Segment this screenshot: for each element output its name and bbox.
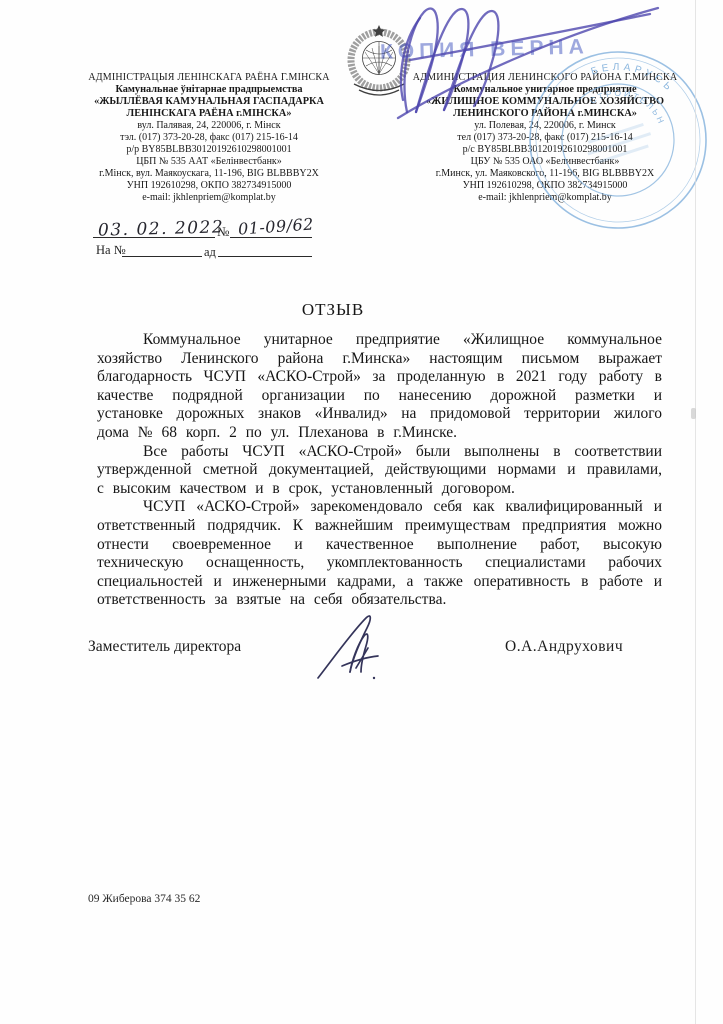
org-name-line: «ЖЫЛЛЁВАЯ КАМУНАЛЬНАЯ ГАСПАДАРКА <box>56 96 362 108</box>
scan-smudge <box>691 408 696 419</box>
org-name-line: АДМІНІСТРАЦЫЯ ЛЕНІНСКАГА РАЁНА Г.МІНСКА <box>56 72 362 84</box>
bank-line: ЦБП № 535 ААТ «Белінвестбанк» <box>56 156 362 168</box>
from-label: ад <box>204 245 216 260</box>
document-title: ОТЗЫВ <box>0 300 666 320</box>
org-name-line: Камунальнае ўнітарнае прадпрыемства <box>56 84 362 96</box>
address-line: вул. Палявая, 24, 220006, г. Мінск <box>56 120 362 132</box>
bank-address-line: г.Мінск, вул. Маякоускага, 11-196, BIG B… <box>56 168 362 180</box>
director-signature-scribble <box>308 608 400 695</box>
executor-note: 09 Жиберова 374 35 62 <box>88 893 200 905</box>
paragraph-2: Все работы ЧСУП «АСКО-Строй» были выполн… <box>97 443 662 499</box>
paragraph-3: ЧСУП «АСКО-Строй» зарекомендовало себя к… <box>97 498 662 610</box>
email-line: e-mail: jkhlenpriem@komplat.by <box>56 192 362 204</box>
scanned-letter-page: АДМІНІСТРАЦЫЯ ЛЕНІНСКАГА РАЁНА Г.МІНСКА … <box>0 0 723 1024</box>
ids-line: УНП 192610298, ОКПО 382734915000 <box>56 180 362 192</box>
signer-name: О.А.Андрухович <box>505 638 623 656</box>
letterhead-left: АДМІНІСТРАЦЫЯ ЛЕНІНСКАГА РАЁНА Г.МІНСКА … <box>56 72 362 204</box>
incoming-number-underline <box>122 256 202 257</box>
from-date-underline <box>218 256 312 257</box>
blue-pen-signature-scribble <box>388 0 678 137</box>
org-name-line: ЛЕНІНСКАГА РАЁНА г.МІНСКА» <box>56 108 362 120</box>
date-underline <box>93 237 215 238</box>
document-body: Коммунальное унитарное предприятие «Жили… <box>97 331 662 610</box>
paragraph-1: Коммунальное унитарное предприятие «Жили… <box>97 331 662 443</box>
phone-line: тэл. (017) 373-20-28, факс (017) 215-16-… <box>56 132 362 144</box>
account-line: р/р BY85BLBB30120192610298001001 <box>56 144 362 156</box>
number-handwritten: 01-09/62 <box>237 214 314 238</box>
signer-position: Заместитель директора <box>88 638 241 656</box>
number-underline <box>230 237 312 238</box>
scan-fold-line <box>695 0 696 1024</box>
number-label: № <box>217 224 229 240</box>
